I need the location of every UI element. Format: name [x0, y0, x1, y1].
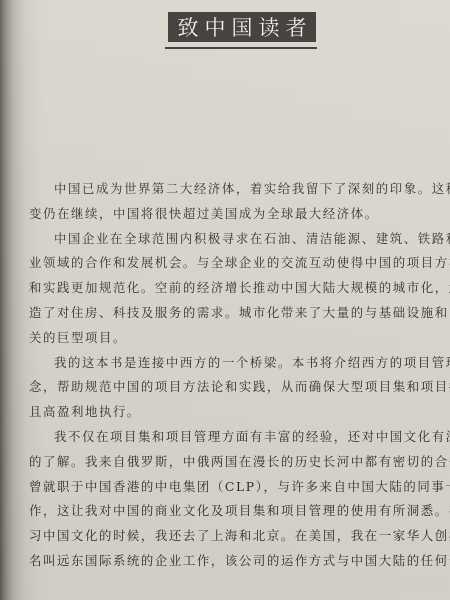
paragraph-4: 我不仅在项目集和项目管理方面有丰富的经验，还对中国文化有深入 的了解。我来自俄罗…	[29, 425, 450, 574]
text-line: 作，这让我对中国的商业文化及项目集和项目管理的使用有所洞悉。在学	[29, 499, 450, 524]
paragraph-2: 中国企业在全球范围内积极寻求在石油、清洁能源、建筑、铁路和矿 业领域的合作和发展…	[29, 227, 450, 351]
text-line: 名叫远东国际系统的企业工作，该公司的运作方式与中国大陆的任何一家	[29, 549, 450, 574]
text-line: 我不仅在项目集和项目管理方面有丰富的经验，还对中国文化有深入	[29, 425, 450, 450]
text-line: 曾就职于中国香港的中电集团（CLP），与许多来自中国大陆的同事一起工	[29, 475, 450, 500]
text-line: 和实践更加规范化。空前的经济增长推动中国大陆大规模的城市化，这创	[29, 276, 450, 301]
text-line: 中国已成为世界第二大经济体，着实给我留下了深刻的印象。这种演	[29, 177, 450, 202]
text-line: 习中国文化的时候，我还去了上海和北京。在美国，我在一家华人创办的	[29, 524, 450, 549]
paragraph-3: 我的这本书是连接中西方的一个桥梁。本书将介绍西方的项目管理理 念，帮助规范中国的…	[29, 351, 450, 425]
text-line: 业领域的合作和发展机会。与全球企业的交流互动使得中国的项目方法论	[29, 251, 450, 276]
text-line: 我的这本书是连接中西方的一个桥梁。本书将介绍西方的项目管理理	[29, 351, 450, 376]
chapter-title: 致中国读者	[168, 12, 316, 42]
text-line: 造了对住房、科技及服务的需求。城市化带来了大量的与基础设施和 IT 有	[29, 301, 450, 326]
text-line: 的了解。我来自俄罗斯，中俄两国在漫长的历史长河中都有密切的合作。我	[29, 450, 450, 475]
text-line: 且高盈利地执行。	[29, 400, 450, 425]
book-page: 致中国读者 中国已成为世界第二大经济体，着实给我留下了深刻的印象。这种演 变仍在…	[0, 0, 450, 600]
text-line: 念，帮助规范中国的项目方法论和实践，从而确保大型项目集和项目按时	[29, 375, 450, 400]
body-text: 中国已成为世界第二大经济体，着实给我留下了深刻的印象。这种演 变仍在继续，中国将…	[29, 177, 450, 574]
text-line: 变仍在继续，中国将很快超过美国成为全球最大经济体。	[29, 202, 450, 227]
text-line: 中国企业在全球范围内积极寻求在石油、清洁能源、建筑、铁路和矿	[29, 227, 450, 252]
paragraph-1: 中国已成为世界第二大经济体，着实给我留下了深刻的印象。这种演 变仍在继续，中国将…	[29, 177, 450, 227]
text-line: 关的巨型项目。	[29, 326, 450, 351]
title-underline	[165, 47, 317, 49]
